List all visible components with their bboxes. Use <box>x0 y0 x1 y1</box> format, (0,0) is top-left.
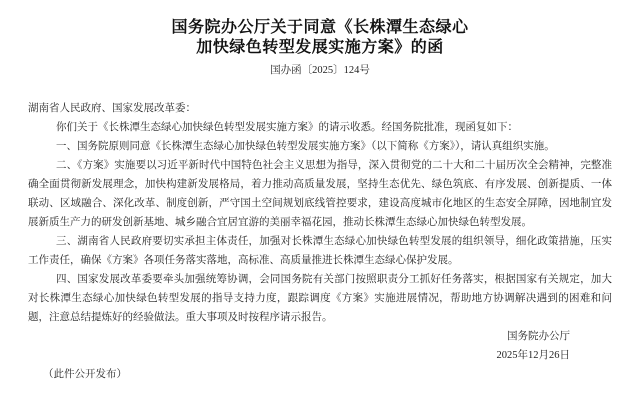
paragraph-item-1: 一、国务院原则同意《长株潭生态绿心加快绿色转型发展实施方案》（以下简称《方案》）… <box>28 137 612 156</box>
salutation: 湖南省人民政府、国家发展改革委： <box>28 99 612 118</box>
document-title: 国务院办公厅关于同意《长株潭生态绿心 加快绿色转型发展实施方案》的函 <box>0 18 640 58</box>
paragraph-item-3: 三、湖南省人民政府要切实承担主体责任，加强对长株潭生态绿心加快绿色转型发展的组织… <box>28 232 612 270</box>
document-title-line1: 国务院办公厅关于同意《长株潭生态绿心 <box>0 18 640 38</box>
document-body: 湖南省人民政府、国家发展改革委： 你们关于《长株潭生态绿心加快绿色转型发展实施方… <box>28 99 612 384</box>
public-release-note: （此件公开发布） <box>28 365 612 384</box>
document-title-line2: 加快绿色转型发展实施方案》的函 <box>0 38 640 58</box>
official-letter-page: 国务院办公厅关于同意《长株潭生态绿心 加快绿色转型发展实施方案》的函 国办函〔2… <box>0 0 640 409</box>
issue-date: 2025年12月26日 <box>28 346 570 365</box>
document-number: 国办函〔2025〕124号 <box>0 64 640 78</box>
issuing-authority: 国务院办公厅 <box>28 327 570 346</box>
paragraph-item-2: 二、《方案》实施要以习近平新时代中国特色社会主义思想为指导，深入贯彻党的二十大和… <box>28 156 612 232</box>
paragraph-reply-intro: 你们关于《长株潭生态绿心加快绿色转型发展实施方案》的请示收悉。经国务院批准，现函… <box>28 118 612 137</box>
signature-block: 国务院办公厅 2025年12月26日 <box>28 327 612 365</box>
paragraph-item-4: 四、国家发展改革委要牵头加强统筹协调，会同国务院有关部门按照职责分工抓好任务落实… <box>28 270 612 327</box>
